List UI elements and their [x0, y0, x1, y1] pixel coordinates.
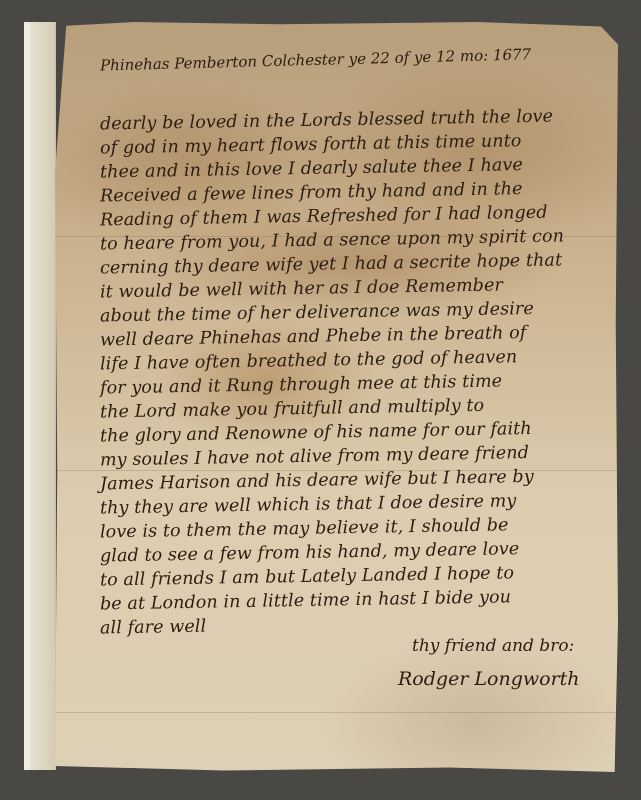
letter-signature: Rodger Longworth — [398, 668, 580, 690]
letter-closing: thy friend and bro: — [412, 636, 574, 656]
fold-line — [55, 712, 618, 713]
mount-edge — [24, 22, 30, 770]
